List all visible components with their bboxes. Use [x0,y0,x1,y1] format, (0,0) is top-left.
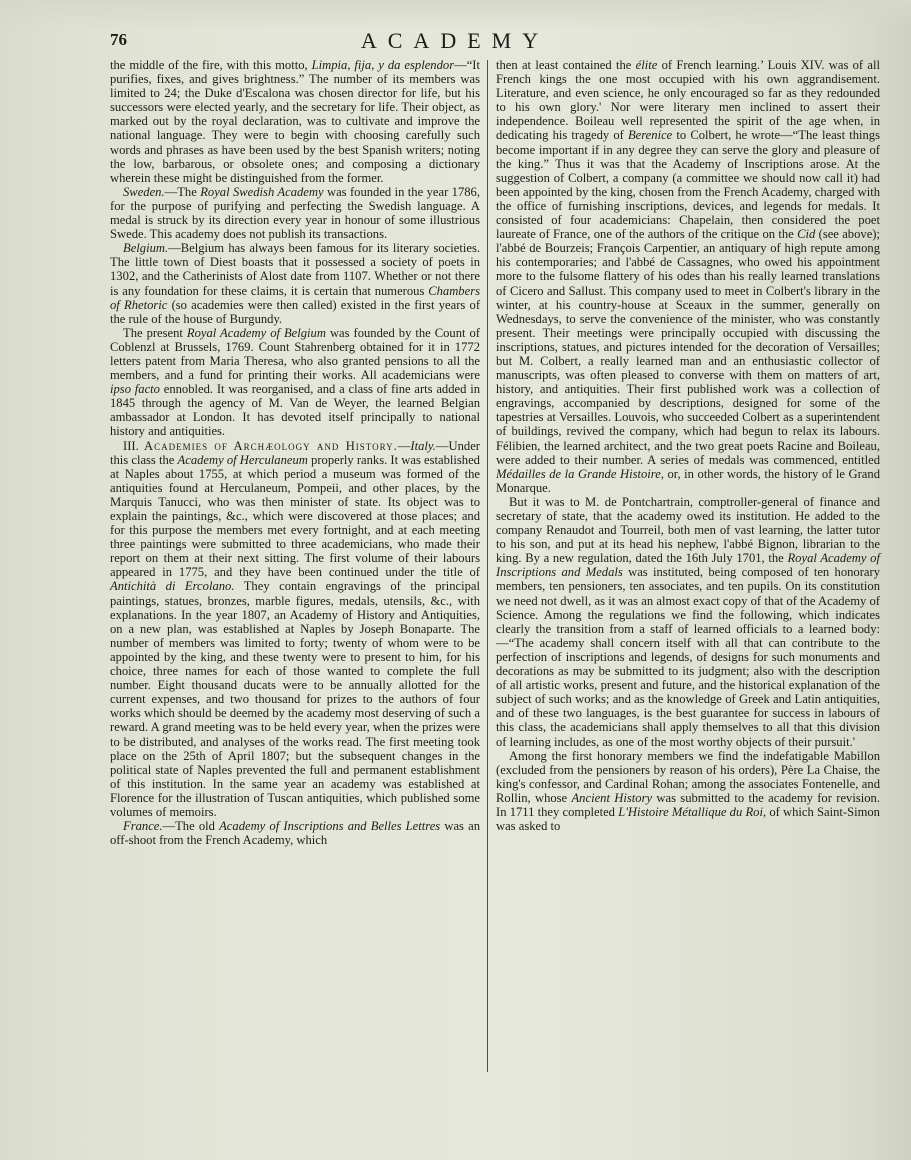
text-run: ennobled. It was reorganised, and a clas… [110,382,480,438]
left-column: the middle of the fire, with this motto,… [110,58,480,847]
right-column: then at least contained the élite of Fre… [496,58,880,833]
paragraph: the middle of the fire, with this motto,… [110,58,480,185]
italic-run: Academy of Inscriptions and Belles Lettr… [219,819,440,833]
paragraph: Belgium.—Belgium has always been famous … [110,241,480,326]
italic-run: Academy of Herculaneum [178,453,308,467]
italic-run: Italy. [410,439,436,453]
text-run: (see above); l'abbé de Bourzeis; Françoi… [496,227,880,467]
text-run: They contain engravings of the principal… [110,579,480,819]
column-rule [487,60,488,1072]
text-run: then at least contained the [496,58,636,72]
italic-run: Royal Academy of Belgium [187,326,326,340]
italic-run: Belgium. [123,241,168,255]
running-head: ACADEMY [340,28,570,54]
paragraph: But it was to M. de Pontchartrain, compt… [496,495,880,749]
paragraph: France.—The old Academy of Inscriptions … [110,819,480,847]
text-run: to Colbert, he wrote—“The least things b… [496,128,880,241]
text-run: was instituted, being composed of ten ho… [496,565,880,748]
italic-run: Ancient History [571,791,652,805]
text-run: III. [123,439,144,453]
italic-run: Limpia, fija, y da esplendor [312,58,454,72]
italic-run: élite [636,58,658,72]
italic-run: Antichità di Ercolano. [110,579,234,593]
paragraph: then at least contained the élite of Fre… [496,58,880,495]
paragraph: Among the first honorary members we find… [496,749,880,834]
italic-run: Royal Swedish Academy [200,185,323,199]
text-run: —The old [163,819,220,833]
paragraph: The present Royal Academy of Belgium was… [110,326,480,439]
text-run: —“It purifies, fixes, and gives brightne… [110,58,480,185]
italic-run: France. [123,819,163,833]
paragraph: III. Academies of Archæology and History… [110,439,480,820]
italic-run: Sweden. [123,185,165,199]
text-run: The present [123,326,187,340]
text-run: properly ranks. It was established at Na… [110,453,480,580]
italic-run: Berenice [628,128,672,142]
italic-run: Médailles de la Grande Histoire [496,467,661,481]
text-run: —The [165,185,201,199]
page-number: 76 [110,30,127,50]
text-run: the middle of the fire, with this motto, [110,58,312,72]
page-shading [0,0,911,30]
italic-run: L'Histoire Métallique du Roi [618,805,763,819]
small-caps-heading: Academies of Archæology and History. [144,439,398,453]
italic-run: ipso facto [110,382,160,396]
italic-run: Cid [797,227,815,241]
paragraph: Sweden.—The Royal Swedish Academy was fo… [110,185,480,241]
text-run: — [398,439,411,453]
